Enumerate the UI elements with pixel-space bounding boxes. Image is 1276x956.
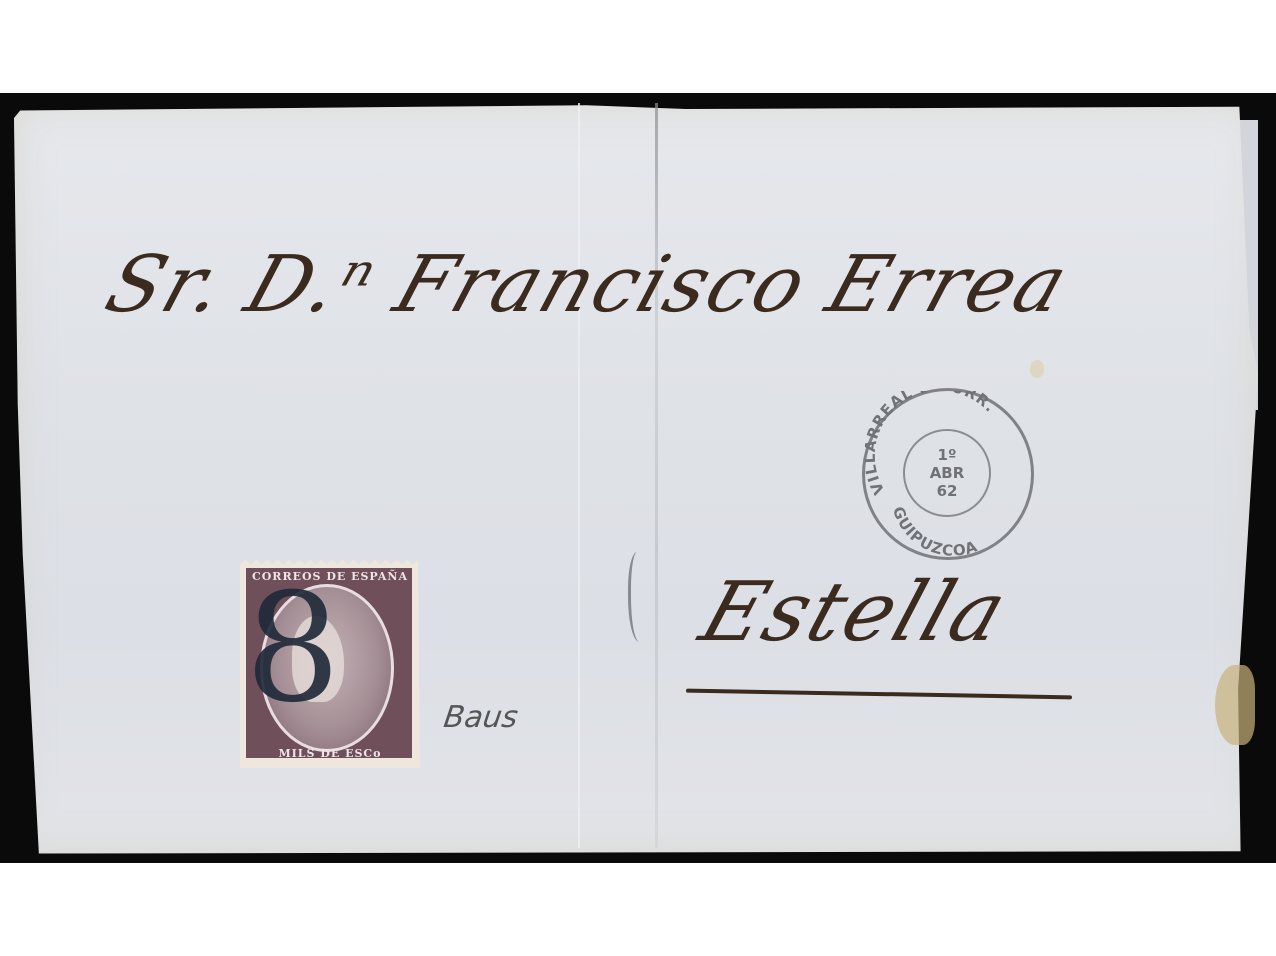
stamp-value: MILS DE ESCo (240, 747, 420, 760)
fold-crease-left (578, 103, 580, 848)
circular-datestamp: VILLARREAL DE URR. GUIPUZCOA 1º ABR 62 (862, 388, 1034, 560)
numeral-cancel: 8 (245, 574, 340, 724)
addressee-name: Sr. D.ⁿ Francisco Errea (95, 240, 1079, 330)
fold-crease (655, 103, 658, 848)
postmark-year: 62 (937, 482, 958, 500)
foxing-spot (1030, 360, 1044, 378)
postmark-day: 1º (938, 446, 957, 464)
postmark-date: 1º ABR 62 (903, 429, 991, 517)
destination-town: Estella (690, 565, 1020, 660)
foxing-stain (1215, 665, 1255, 745)
postage-stamp: CORREOS DE ESPAÑA MILS DE ESCo 8 (240, 560, 420, 768)
pencil-notation: Baus (442, 700, 521, 735)
letter-sheet (14, 103, 1258, 855)
paper-tear (628, 552, 651, 642)
postmark-month: ABR (930, 464, 965, 482)
